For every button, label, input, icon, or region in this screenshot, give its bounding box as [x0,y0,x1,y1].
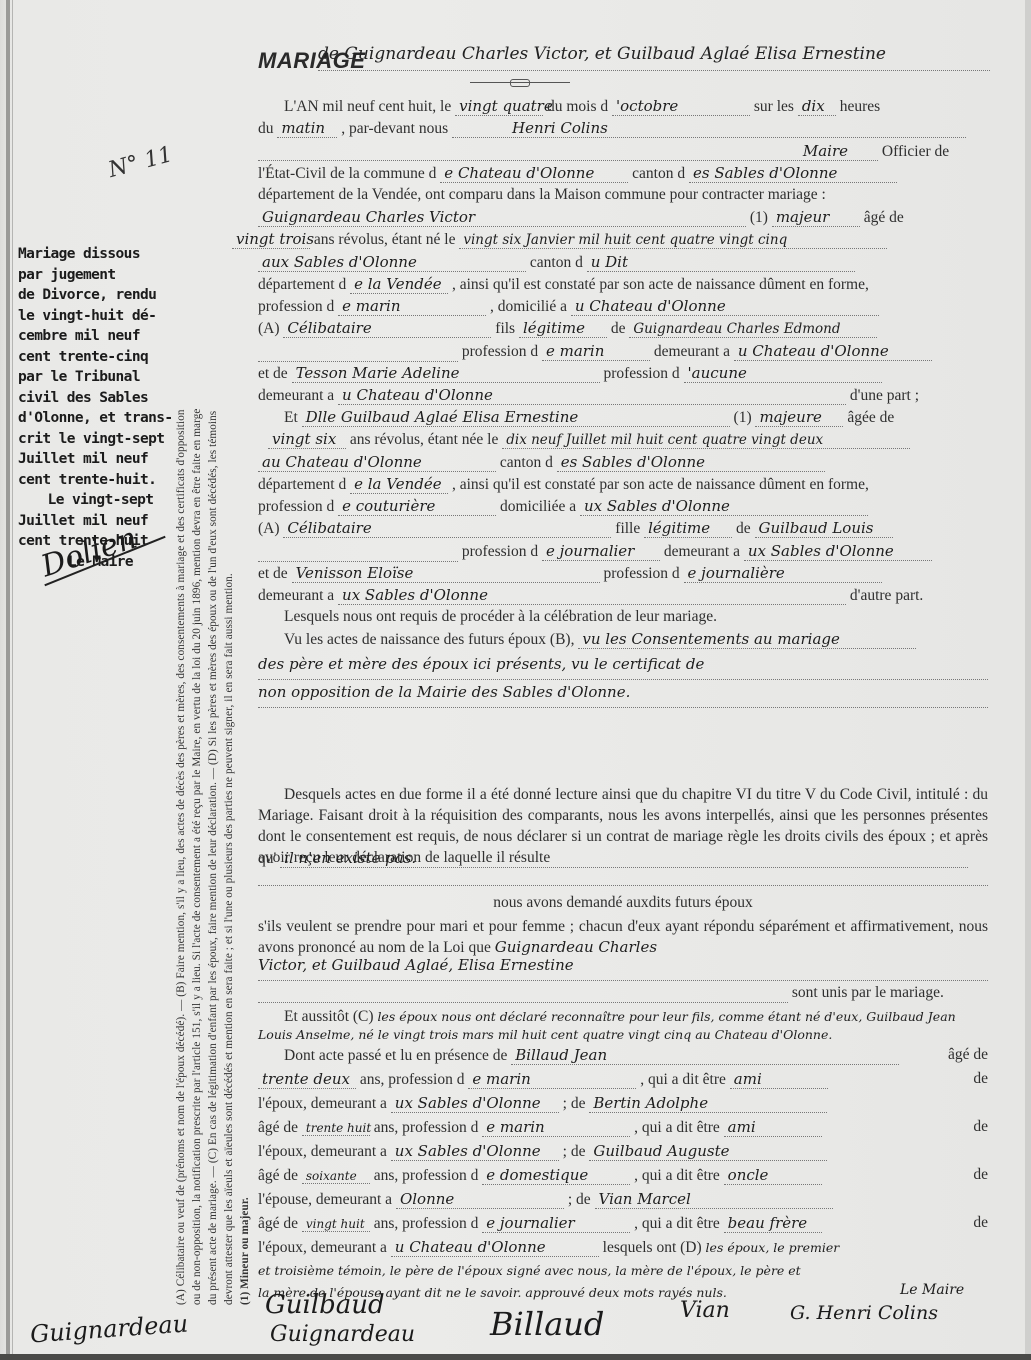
witness-1-relation: ami [730,1070,828,1089]
witness-2-residence: l'époux, demeurant a ux Sables d'Olonne … [258,1142,988,1166]
label: ans, profession d [360,1071,465,1088]
witness-1-name: Billaud Jean [511,1046,899,1065]
officer-line: du matin , par-devant nous Henri Colins [258,119,988,143]
label: âgé de [258,1215,298,1232]
documents-field: vu les Consentements au mariage [578,630,916,649]
union-names-1: Guignardeau Charles [495,938,657,956]
annotation-line: cent trente-huit. [18,470,183,491]
witness-2-name: Bertin Adolphe [589,1094,827,1113]
label: d'une part ; [850,387,919,404]
label: de [973,1214,988,1232]
label: sur les [754,98,794,115]
bride-mother-residence-field: ux Sables d'Olonne [338,586,846,605]
annotation-line: d'Olonne, et trans- [18,408,183,429]
bride-domicile-field: ux Sables d'Olonne [580,497,868,516]
label: profession d [462,343,538,360]
witness-3-age: soixante [302,1169,370,1184]
groom-filiation-line: (A) Célibataire fils légitime de Guignar… [258,319,988,343]
label: de [736,520,751,537]
groom-mother-residence-line: demeurant a u Chateau d'Olonne d'une par… [258,386,988,410]
groom-father-line: profession d e marin demeurant a u Chate… [258,342,988,366]
label: département d [258,276,346,293]
groom-birthplace-line: aux Sables d'Olonne canton d u Dit [258,253,988,277]
witness-4-residence: l'époux, demeurant a u Chateau d'Olonne … [258,1238,988,1262]
groom-name-line: Guignardeau Charles Victor (1) majeur âg… [258,208,988,232]
annotation-line: Le vingt-sept [18,490,183,511]
label: ; de [563,1095,586,1112]
documents-line-2: des père et mère des époux ici présents,… [258,655,988,680]
witness-4-details: âgé de vingt huit ans, profession d e jo… [258,1214,988,1238]
witness-4-relation: beau frère [724,1214,822,1233]
groom-dept-line: département d e la Vendée , ainsi qu'il … [258,275,988,299]
officer-name-field: Henri Colins [452,119,966,138]
bride-name-line: Et Dlle Guilbaud Aglaé Elisa Ernestine (… [258,408,988,432]
bride-father-residence-field: ux Sables d'Olonne [744,542,932,561]
label: L'AN mil neuf cent huit, le [284,98,451,115]
department-line: département de la Vendée, ont comparu da… [258,186,988,210]
witness-3-profession: e domestique [482,1166,630,1185]
bride-age-field: vingt six [268,430,346,449]
label: âgé de [258,1119,298,1136]
annotation-line: cent trente-cinq [18,347,183,368]
label: demeurant a [654,343,730,360]
label: âgé de [948,1046,988,1064]
label: canton d [500,454,553,471]
documents-line: Vu les actes de naissance des futurs épo… [258,630,988,654]
groom-name-field: Guignardeau Charles Victor [258,208,746,227]
groom-mother-line: et de Tesson Marie Adeline profession d … [258,364,988,388]
bride-name-field: Dlle Guilbaud Aglaé Elisa Ernestine [302,408,730,427]
bride-birthplace-field: au Chateau d'Olonne [258,453,496,472]
annotation-line: par le Tribunal [18,367,183,388]
label: demeurant a [664,543,740,560]
bride-mother-line: et de Venisson Eloïse profession d e jou… [258,564,988,588]
union-asked: nous avons demandé auxdits futurs époux [258,894,988,912]
witness-4-age: vingt huit [302,1217,370,1232]
label: ; de [563,1143,586,1160]
groom-canton-field: u Dit [587,253,855,272]
annotation-line: Juillet mil neuf [18,449,183,470]
label: de [611,320,626,337]
mayor-title: Le Maire [900,1282,964,1298]
binding-edge-line [12,0,13,1360]
witness-2-profession: e marin [482,1118,630,1137]
groom-father-residence-field: u Chateau d'Olonne [734,342,932,361]
label: profession d [258,298,334,315]
witness-2-relation: ami [724,1118,822,1137]
label: département d [258,476,346,493]
blank-line [258,865,988,886]
officer-title-line: Maire Officier de [258,142,988,166]
page-edge-right [1025,0,1031,1360]
label: l'époux [258,1239,303,1256]
annotation-line: Juillet mil neuf [18,511,183,532]
label: demeurant a [258,587,334,604]
label: , qui a dit être [634,1215,720,1232]
label: ans, profession d [374,1215,479,1232]
label: profession d [462,543,538,560]
bride-mother-profession-field: e journalière [684,564,882,583]
witness-1-residence-field: ux Sables d'Olonne [391,1094,559,1113]
label: l'époux [258,1095,303,1112]
label: (A) [258,520,280,537]
groom-birthdate-field: vingt six Janvier mil huit cent quatre v… [459,232,887,249]
groom-mother-profession-field: 'aucune [684,364,882,383]
witness-4-profession: e journalier [482,1214,630,1233]
documents-line-3: non opposition de la Mairie des Sables d… [258,683,988,708]
label: , demeurant a [303,1143,387,1160]
label: Vu les actes de naissance des futurs épo… [284,631,574,648]
label: ans, profession d [374,1167,479,1184]
label: ans, profession d [374,1119,479,1136]
annotation-line: civil des Sables [18,388,183,409]
groom-domicile-field: u Chateau d'Olonne [571,297,879,316]
closing-line-2: et troisième témoin, le père de l'époux … [258,1262,988,1286]
annotation-line: cembre mil neuf [18,326,183,347]
footnote-line: du présent acte de mariage. — (C) En cas… [205,5,221,1305]
register-number: N° 11 [106,142,175,183]
label: , qui a dit être [640,1071,726,1088]
label: Dont acte passé et lu en présence de [284,1047,507,1064]
label: âgée de [847,409,894,426]
bride-mother-residence-line: demeurant a ux Sables d'Olonne d'autre p… [258,586,988,610]
groom-age-field: vingt trois [232,230,310,249]
witness-3-residence-field: Olonne [396,1190,564,1209]
label: âgé de [258,1167,298,1184]
signature-bride: Guilbaud [265,1290,385,1320]
label: Lesquels nous ont requis de procéder à l… [284,608,717,625]
bride-birthplace-line: au Chateau d'Olonne canton d es Sables d… [258,453,988,477]
witness-4-residence-field: u Chateau d'Olonne [391,1238,599,1257]
label: l'épouse [258,1191,308,1208]
period-field: matin [277,119,337,138]
groom-birthplace-field: aux Sables d'Olonne [258,253,526,272]
union-paragraph: s'ils veulent se prendre pour mari et po… [258,916,988,958]
footnote-line: devront attester que les aïeuls et aïeul… [221,5,237,1305]
bride-marital-field: Célibataire [283,519,611,538]
spouses-names: de Guignardeau Charles Victor, et Guilba… [318,44,886,64]
label: , ainsi qu'il est constaté par son acte … [452,276,869,293]
bride-majority-field: majeure [755,408,843,427]
groom-birth-line: vingt trois ans révolus, étant né le vin… [232,230,962,254]
label: (1) [734,409,752,426]
label: fils [495,320,515,337]
label: , par-devant nous [341,120,448,137]
label: âgé de [864,209,904,226]
annotation-line: le vingt-huit dé- [18,306,183,327]
signature-groom-left: Guignardeau [29,1310,189,1349]
officer-title-field: Maire [258,142,878,161]
bride-canton-field: es Sables d'Olonne [557,453,825,472]
label: d'autre part. [850,587,923,604]
witness-3-details: âgé de soixante ans, profession d e dome… [258,1166,988,1190]
canton-field: es Sables d'Olonne [689,164,897,183]
label: et de [258,365,288,382]
commune-line: l'État-Civil de la commune d e Chateau d… [258,164,988,188]
witness-1-profession: e marin [468,1070,636,1089]
witness-1-residence: l'époux, demeurant a ux Sables d'Olonne … [258,1094,988,1118]
bride-father-profession-field: e journalier [542,542,660,561]
groom-mother-field: Tesson Marie Adeline [292,364,600,383]
label: canton d [632,165,685,182]
label: ans révolus, étant née le [350,431,498,448]
label: , qui a dit être [634,1167,720,1184]
closing-text-1: les époux, le premier [706,1240,840,1255]
page-edge-bottom [0,1354,1031,1360]
margin-divorce-annotation: Mariage dissous par jugement de Divorce,… [18,244,183,572]
label: profession d [258,498,334,515]
groom-profession-line: profession d e marin , domicilié a u Cha… [258,297,988,321]
bride-filiation-field: légitime [644,519,732,538]
bride-filiation-line: (A) Célibataire fille légitime de Guilba… [258,519,988,543]
label: (A) [258,320,280,337]
bride-dept-line: département d e la Vendée , ainsi qu'il … [258,475,988,499]
label: domiciliée a [500,498,576,515]
groom-profession-field: e marin [338,297,486,316]
label: l'État-Civil de la commune d [258,165,436,182]
closing-text-2: et troisième témoin, le père de l'époux … [258,1263,801,1278]
witness-3-residence: l'épouse, demeurant a Olonne ; de Vian M… [258,1190,988,1214]
spouses-names-heading: de Guignardeau Charles Victor, et Guilba… [318,44,990,71]
label: demeurant a [258,387,334,404]
label: Et [284,409,298,426]
signature-witness-2: Vian [680,1298,730,1323]
footnote-line: (1) Mineur ou majeur. [237,5,253,1305]
annotation-line: par jugement [18,265,183,286]
legitimation-text: les époux nous ont déclaré reconnaître p… [377,1009,955,1024]
label: fille [615,520,640,537]
label: Officier de [882,143,949,160]
signature-mayor: G. Henri Colins [790,1302,938,1324]
united-line: sont unis par le mariage. [258,984,988,1008]
label: heures [840,98,880,115]
label: et de [258,565,288,582]
annotation-line: crit le vingt-sept [18,429,183,450]
footnote-line: ou de non-opposition, la notification pr… [189,5,205,1305]
label: Et aussitôt (C) [284,1008,374,1025]
binding-edge [6,0,10,1360]
label: de [973,1166,988,1184]
label: ; de [568,1191,591,1208]
annotation-line: Mariage dissous [18,244,183,265]
month-field: 'octobre [612,97,750,116]
date-line: L'AN mil neuf cent huit, le vingt quatre… [258,97,988,121]
label: du [258,120,274,137]
groom-mother-residence-field: u Chateau d'Olonne [338,386,846,405]
label: ans révolus, étant né le [314,231,456,248]
bride-father-line: profession d e journalier demeurant a ux… [258,542,988,566]
label: sont unis par le mariage. [792,984,944,1001]
label: , demeurant a [303,1239,387,1256]
day-field: vingt quatre [455,97,543,116]
label: du mois d [547,98,608,115]
commune-field: e Chateau d'Olonne [440,164,628,183]
witness-3-name: Guilbaud Auguste [589,1142,827,1161]
bride-dept-field: e la Vendée [350,475,448,494]
label: profession d [603,365,679,382]
label: l'époux [258,1143,303,1160]
signature-groom: Guignardeau [270,1322,415,1347]
label: , demeurant a [308,1191,392,1208]
label: de [973,1070,988,1088]
witness-3-relation: oncle [724,1166,822,1185]
groom-filiation-field: légitime [519,319,607,338]
footnote-line: (A) Célibataire ou veuf de (prénoms et n… [173,5,189,1305]
groom-dept-field: e la Vendée [350,275,448,294]
hour-field: dix [798,97,836,116]
witness-1-name-line: Dont acte passé et lu en présence de Bil… [258,1046,988,1070]
signature-witness-1: Billaud [490,1305,604,1343]
bride-profession-field: e couturière [338,497,496,516]
bride-father-field: Guilbaud Louis [755,519,893,538]
groom-marital-field: Célibataire [283,319,491,338]
label: , qui a dit être [634,1119,720,1136]
witness-2-details: âgé de trente huit ans, profession d e m… [258,1118,988,1142]
label: département de la Vendée, ont comparu da… [258,186,826,203]
label: de [973,1118,988,1136]
groom-father-profession-field: e marin [542,342,650,361]
witness-4-name: Vian Marcel [595,1190,833,1209]
bride-profession-line: profession d e couturière domiciliée a u… [258,497,988,521]
label: , demeurant a [303,1095,387,1112]
register-page: N° 11 Mariage dissous par jugement de Di… [0,0,1031,1360]
legitimation-text-2: Louis Anselme, né le vingt trois mars mi… [258,1027,832,1042]
label: lesquels ont (D) [603,1239,702,1256]
bride-birthdate-field: dix neuf Juillet mil huit cent quatre vi… [502,432,910,449]
ornament-divider [470,82,570,83]
groom-father-field: Guignardeau Charles Edmond [629,321,877,338]
label: , domicilié a [490,298,567,315]
witness-1-details: trente deux ans, profession d e marin , … [258,1070,988,1094]
label: (1) [750,209,768,226]
bride-mother-field: Venisson Eloïse [292,564,600,583]
union-names-line: Victor, et Guilbaud Aglaé, Elisa Ernesti… [258,956,988,981]
printed-footnotes: (A) Célibataire ou veuf de (prénoms et n… [173,5,253,1305]
label: profession d [603,565,679,582]
witness-2-residence-field: ux Sables d'Olonne [391,1142,559,1161]
witness-1-age: trente deux [258,1070,356,1089]
requests-line: Lesquels nous ont requis de procéder à l… [258,608,988,632]
witness-2-age: trente huit [302,1121,370,1136]
bride-birth-line: vingt six ans révolus, étant née le dix … [268,430,998,454]
label: canton d [530,254,583,271]
annotation-line: de Divorce, rendu [18,285,183,306]
label: , ainsi qu'il est constaté par son acte … [452,476,869,493]
groom-majority-field: majeur [772,208,860,227]
